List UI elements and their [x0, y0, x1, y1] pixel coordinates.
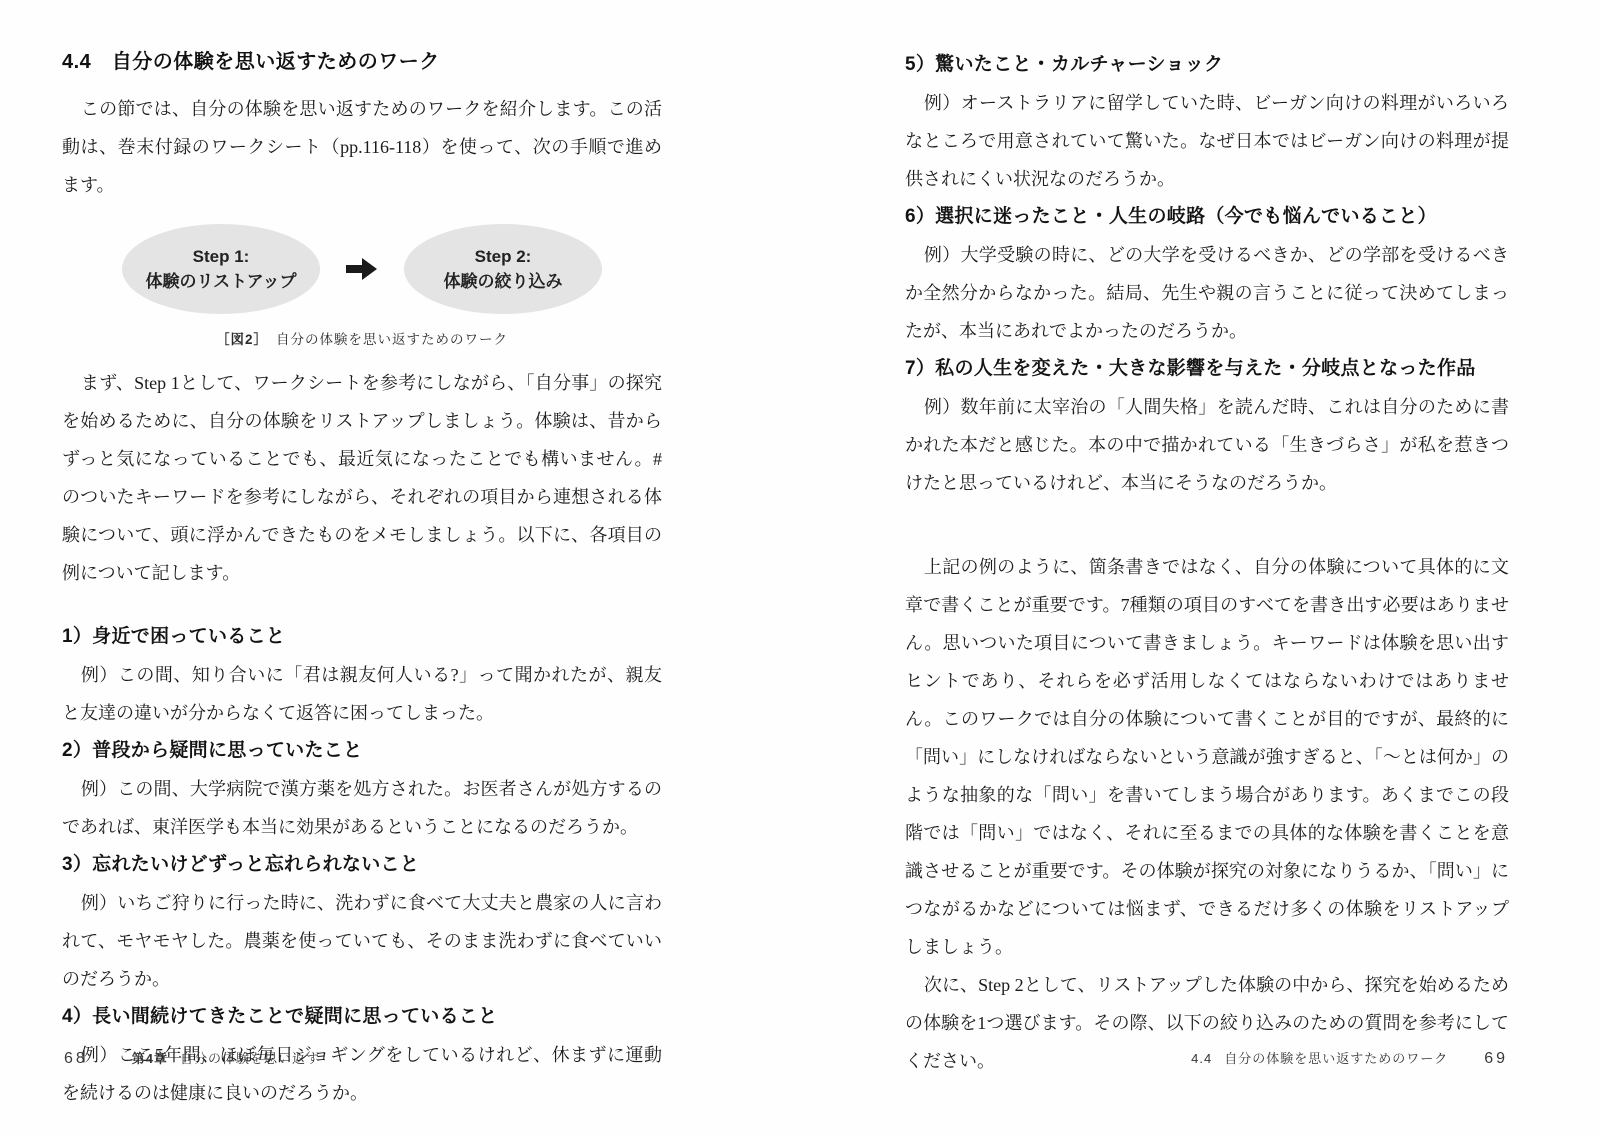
page-number-right: 69 — [1484, 1050, 1508, 1068]
left-page: 4.4 自分の体験を思い返すためのワーク この節では、自分の体験を思い返すための… — [62, 46, 662, 1112]
lead-paragraph: まず、Step 1として、ワークシートを参考にしながら、「自分事」の探究を始める… — [62, 364, 662, 592]
item-2-example: 例）この間、大学病院で漢方薬を処方された。お医者さんが処方するのであれば、東洋医… — [62, 770, 662, 846]
step2-title: Step 2: — [475, 244, 532, 269]
right-page: 5）驚いたこと・カルチャーショック 例）オーストラリアに留学していた時、ビーガン… — [905, 46, 1509, 1080]
figure-caption: ［図2］自分の体験を思い返すためのワーク — [62, 330, 662, 350]
item-2-title: 2）普段から疑問に思っていたこと — [62, 732, 662, 770]
item-list-right: 5）驚いたこと・カルチャーショック 例）オーストラリアに留学していた時、ビーガン… — [905, 46, 1509, 502]
step1-title: Step 1: — [193, 244, 250, 269]
figure-caption-text: 自分の体験を思い返すためのワーク — [276, 332, 508, 347]
chapter-label: 第4章 — [132, 1050, 168, 1068]
closing-paragraphs: 上記の例のように、箇条書きではなく、自分の体験について具体的に文章で書くことが重… — [905, 548, 1509, 1080]
chapter-running-title: 自分の体験を思い返す — [180, 1050, 320, 1068]
section-heading: 4.4 自分の体験を思い返すためのワーク — [62, 46, 662, 78]
item-6-example: 例）大学受験の時に、どの大学を受けるべきか、どの学部を受けるべきか全然分からなか… — [905, 236, 1509, 350]
item-3-example: 例）いちご狩りに行った時に、洗わずに食べて大丈夫と農家の人に言われて、モヤモヤし… — [62, 884, 662, 998]
section-label: 4.4 — [1191, 1050, 1212, 1068]
arrow-right-icon — [346, 258, 378, 280]
item-3-title: 3）忘れたいけどずっと忘れられないこと — [62, 846, 662, 884]
item-6-title: 6）選択に迷ったこと・人生の岐路（今でも悩んでいること） — [905, 198, 1509, 236]
item-5-example: 例）オーストラリアに留学していた時、ビーガン向けの料理がいろいろなところで用意さ… — [905, 84, 1509, 198]
page-number-left: 68 — [64, 1050, 88, 1068]
intro-paragraph: この節では、自分の体験を思い返すためのワークを紹介します。この活動は、巻末付録の… — [62, 90, 662, 204]
step2-ellipse: Step 2: 体験の絞り込み — [404, 224, 602, 314]
step1-label: 体験のリストアップ — [146, 269, 297, 294]
step-diagram: Step 1: 体験のリストアップ Step 2: 体験の絞り込み — [62, 224, 662, 314]
item-1-example: 例）この間、知り合いに「君は親友何人いる?」って聞かれたが、親友と友達の違いが分… — [62, 656, 662, 732]
item-7-title: 7）私の人生を変えた・大きな影響を与えた・分岐点となった作品 — [905, 350, 1509, 388]
figure-2: Step 1: 体験のリストアップ Step 2: 体験の絞り込み ［図2］自分… — [62, 224, 662, 350]
section-running-title: 自分の体験を思い返すためのワーク — [1224, 1050, 1448, 1068]
footer-right: 4.4 自分の体験を思い返すためのワーク 69 — [1191, 1050, 1508, 1068]
item-7-example: 例）数年前に太宰治の「人間失格」を読んだ時、これは自分のために書かれた本だと感じ… — [905, 388, 1509, 502]
item-1-title: 1）身近で困っていること — [62, 618, 662, 656]
footer-left: 68 第4章 自分の体験を思い返す — [64, 1050, 320, 1068]
step1-ellipse: Step 1: 体験のリストアップ — [122, 224, 320, 314]
item-list-left: 1）身近で困っていること 例）この間、知り合いに「君は親友何人いる?」って聞かれ… — [62, 618, 662, 1112]
item-4-example: 例）ここ5年間、ほぼ毎日ジョギングをしているけれど、休まずに運動を続けるのは健康… — [62, 1036, 662, 1112]
item-4-title: 4）長い間続けてきたことで疑問に思っていること — [62, 998, 662, 1036]
step2-label: 体験の絞り込み — [444, 269, 563, 294]
figure-caption-label: ［図2］ — [216, 332, 268, 347]
summary-paragraph: 上記の例のように、箇条書きではなく、自分の体験について具体的に文章で書くことが重… — [905, 548, 1509, 966]
item-5-title: 5）驚いたこと・カルチャーショック — [905, 46, 1509, 84]
